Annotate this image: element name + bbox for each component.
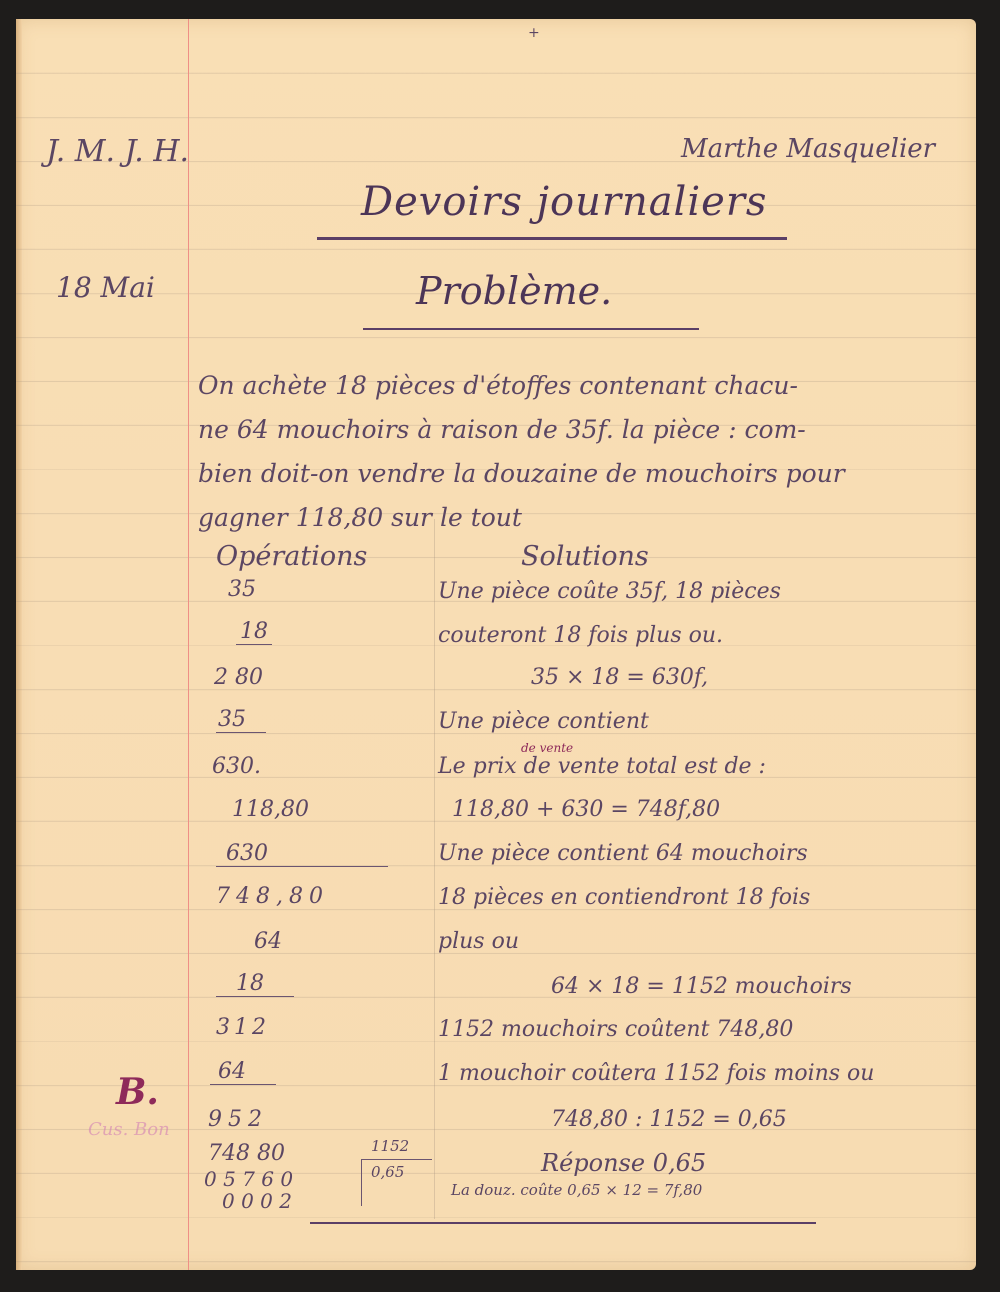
- operations-heading: Opérations: [216, 541, 367, 572]
- op-row: 2 80: [214, 665, 263, 690]
- op-row: 0 0 0 2: [222, 1189, 292, 1213]
- solution-line: Une pièce coûte 35f, 18 pièces: [438, 579, 781, 604]
- subtitle-underline: [363, 328, 699, 330]
- op-row: 35: [216, 707, 266, 733]
- op-row: 118,80: [232, 797, 309, 822]
- op-row: 18: [236, 619, 272, 645]
- page-title: Devoirs journaliers: [361, 179, 767, 225]
- solution-line: 748,80 : 1152 = 0,65: [551, 1107, 787, 1132]
- op-row: 64: [254, 929, 282, 954]
- solution-line: Une pièce contient 64 mouchoirs: [438, 841, 808, 866]
- solution-line: 1152 mouchoirs coûtent 748,80: [438, 1017, 793, 1042]
- op-row: 748 80: [208, 1141, 285, 1166]
- author-name: Marthe Masquelier: [681, 134, 935, 164]
- section-title: Problème.: [416, 269, 612, 313]
- answer-line: Réponse 0,65: [541, 1149, 706, 1177]
- op-row: 630: [216, 841, 388, 867]
- problem-line: bien doit-on vendre la douzaine de mouch…: [198, 452, 976, 496]
- problem-line: ne 64 mouchoirs à raison de 35f. la pièc…: [198, 408, 976, 452]
- margin-stamp: Cus. Bon: [88, 1119, 170, 1140]
- division-divisor: 1152: [371, 1137, 409, 1155]
- notebook-page: + J. M. J. H. Marthe Masquelier Devoirs …: [16, 19, 976, 1270]
- op-row: 312: [216, 1015, 270, 1040]
- solution-line: couteront 18 fois plus ou.: [438, 623, 723, 648]
- solution-line: 1 mouchoir coûtera 1152 fois moins ou: [438, 1061, 874, 1086]
- title-underline: [317, 237, 787, 240]
- op-row: 0 5 7 6 0: [204, 1167, 293, 1191]
- problem-line: gagner 118,80 sur le tout: [198, 496, 976, 540]
- dozen-price-line: La douz. coûte 0,65 × 12 = 7f,80: [451, 1181, 702, 1199]
- op-row: 64: [210, 1059, 276, 1085]
- op-row: 18: [216, 971, 294, 997]
- monogram: J. M. J. H.: [46, 134, 189, 169]
- problem-line: On achète 18 pièces d'étoffes contenant …: [198, 364, 976, 408]
- division-quotient: 0,65: [371, 1163, 404, 1181]
- problem-statement: On achète 18 pièces d'étoffes contenant …: [198, 364, 976, 540]
- solution-line: Le prix de vente total est de :: [438, 754, 766, 779]
- solution-line: plus ou: [438, 929, 519, 954]
- solution-line: 64 × 18 = 1152 mouchoirs: [551, 974, 852, 999]
- solution-line: 18 pièces en contiendront 18 fois: [438, 885, 810, 910]
- grade-mark: B.: [116, 1071, 159, 1113]
- solution-line: Une pièce contient: [438, 709, 649, 734]
- margin-rule: [188, 19, 189, 1270]
- solution-line: 35 × 18 = 630f,: [531, 665, 708, 690]
- date: 18 Mai: [56, 271, 155, 304]
- op-row: 952: [208, 1107, 268, 1132]
- op-row: 35: [228, 577, 256, 602]
- solutions-heading: Solutions: [521, 541, 649, 572]
- solution-line: 118,80 + 630 = 748f,80: [452, 797, 720, 822]
- closing-rule: [310, 1222, 816, 1224]
- column-divider: [434, 519, 435, 1219]
- op-row: 630.: [212, 754, 261, 779]
- op-row: 748,80: [216, 884, 329, 909]
- correction-insert: de vente: [521, 741, 573, 755]
- top-cross-mark: +: [528, 25, 540, 41]
